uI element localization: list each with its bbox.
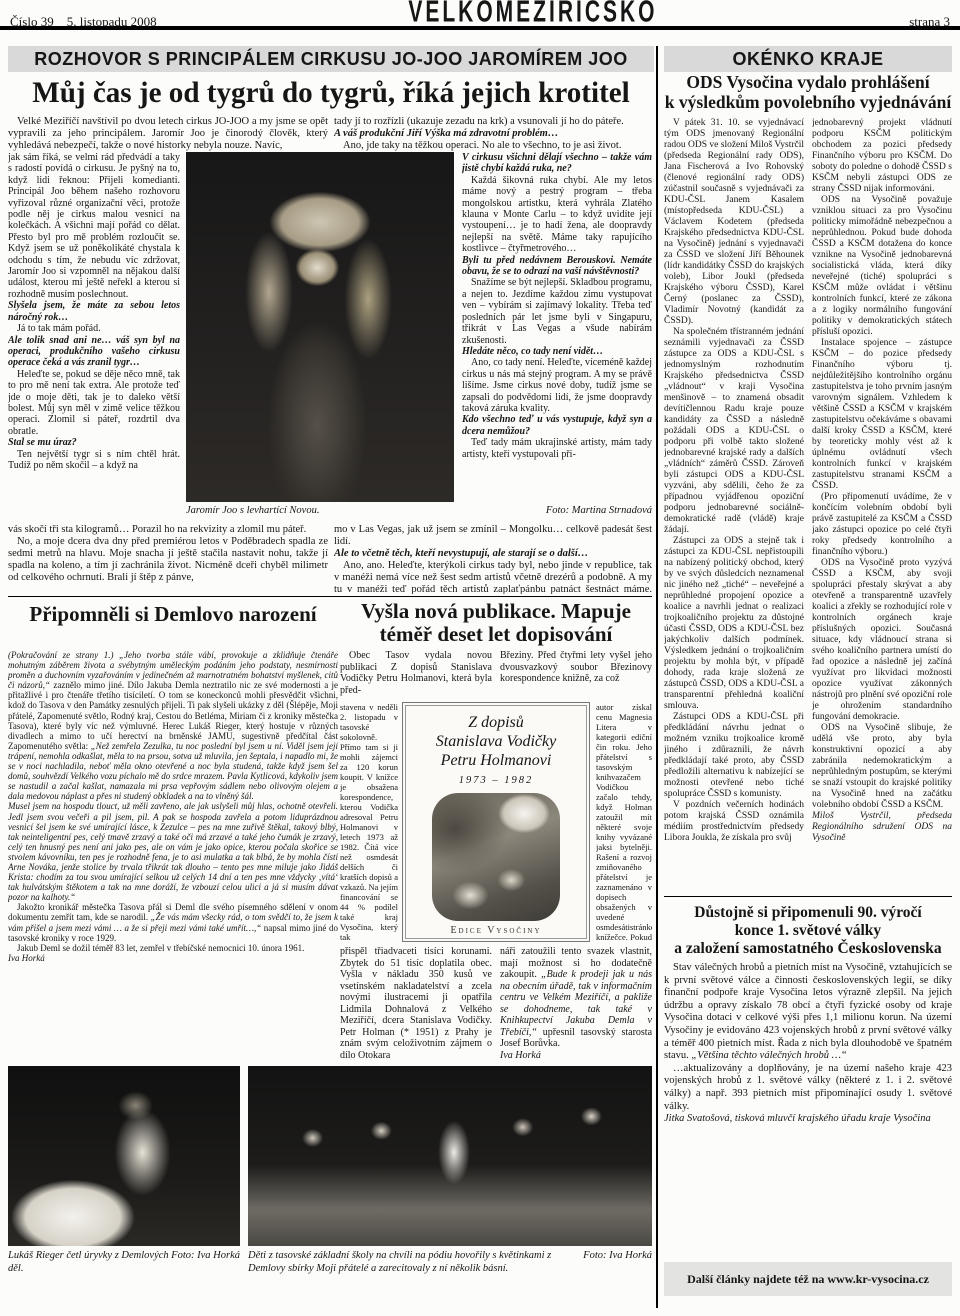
book-cover-illustration <box>432 793 560 921</box>
okenko-kicker-bar: OKÉNKO KRAJE <box>664 46 952 72</box>
book-title-line3: Petru Holmanovi <box>411 751 581 770</box>
rieger-photo-credit: Foto: Iva Horká <box>171 1250 240 1263</box>
okenko-rule <box>664 896 952 897</box>
kids-photo-credit: Foto: Iva Horká <box>583 1250 652 1263</box>
rieger-caption-text: Lukáš Rieger četl úryvky z Demlových děl… <box>8 1250 169 1274</box>
vertical-divider <box>656 46 658 1308</box>
interview-kicker-bar: ROZHOVOR S PRINCIPÁLEM CIRKUSU JO-JOO JA… <box>8 46 654 72</box>
publication-text: stavena v neděli 2. listopadu v tasovské… <box>340 702 398 942</box>
rieger-caption: Foto: Iva Horká Lukáš Rieger četl úryvky… <box>8 1250 240 1275</box>
interview-below-left: vás skočí tři sta kilogramů… Porazil ho … <box>8 524 328 594</box>
okenko-headline-line1: ODS Vysočina vydalo prohlášení <box>664 72 952 92</box>
kids-caption: Foto: Iva Horká Děti z tasovské základní… <box>248 1250 652 1275</box>
publication-headline-line2: téměř deset let dopisování <box>340 623 652 646</box>
okenko-headline: ODS Vysočina vydalo prohlášení k výsledk… <box>664 72 952 112</box>
interview-photo-caption-row: Jaromír Joo s levhartící Novou. Foto: Ma… <box>186 505 652 516</box>
rieger-photo <box>8 1066 240 1246</box>
deml-article-text: (Pokračování ze strany 1.) „Jeho tvorba … <box>8 650 338 1052</box>
more-articles-note: Další články najdete též na www.kr-vysoc… <box>664 1262 952 1296</box>
anniversary-headline-line1: Důstojně si připomenuli 90. výročí <box>664 904 952 922</box>
anniversary-text: Stav válečných hrobů a pietních míst na … <box>664 962 952 1254</box>
publication-text: přispěl třiadvaceti tisíci korunami. Zby… <box>340 946 492 1060</box>
book-cover: Z dopisů Stanislava Vodičky Petru Holman… <box>402 702 590 942</box>
interview-left-column: jak sám říká, se velmi rád předvádí a ta… <box>8 152 180 524</box>
publication-col-left-bottom: přispěl třiadvaceti tisíci korunami. Zby… <box>340 946 492 1060</box>
interview-intro-left: Velké Meziříčí navštívil po dvou letech … <box>8 116 328 154</box>
newspaper-page: Číslo 39 5. listopadu 2008 VELKOMEZIŘÍČS… <box>0 0 960 1316</box>
anniversary-headline-line2: konce 1. světové války <box>664 922 952 940</box>
book-title-line2: Stanislava Vodičky <box>411 732 581 751</box>
publication-col-right-top: Březiny. Před čtyřmi lety vyšel jeho dvo… <box>500 650 652 700</box>
publication-text: Březiny. Před čtyřmi lety vyšel jeho dvo… <box>500 650 652 685</box>
anniversary-headline-line3: a založení samostatného Československa <box>664 940 952 958</box>
okenko-column-a: V pátek 31. 10. se vyjednávací tým ODS j… <box>664 118 804 892</box>
publication-headline: Vyšla nová publikace. Mapuje téměř deset… <box>340 600 652 646</box>
section-rule <box>8 596 652 597</box>
interview-intro-right: tady jí to rozřízli (ukazuje zezadu na k… <box>334 116 652 154</box>
interview-below-right: mo v Las Vegas, jak už jsem se zmínil – … <box>334 524 652 594</box>
header-rule <box>0 26 960 30</box>
interview-headline: Můj čas je od tygrů do tygrů, říká jejic… <box>18 76 645 110</box>
publication-col-right-bottom: náři zatoužili tento svazek vlastnit, ma… <box>500 946 652 1060</box>
book-title-line1: Z dopisů <box>411 713 581 732</box>
book-edition-label: Edice Vysočiny <box>411 925 581 936</box>
kids-photo <box>248 1066 652 1246</box>
anniversary-headline: Důstojně si připomenuli 90. výročí konce… <box>664 904 952 958</box>
interview-photo-credit: Foto: Martina Strnadová <box>546 505 652 516</box>
okenko-headline-line2: k výsledkům povolebního vyjednávání <box>664 92 952 112</box>
deml-headline: Připomněli si Demlovo narození <box>8 602 338 627</box>
publication-sliver-left: stavena v neděli 2. listopadu v tasovské… <box>340 702 398 942</box>
publication-col-left-top: Obec Tasov vydala novou publikaci Z dopi… <box>340 650 492 700</box>
publication-text: autor získal cenu Magnesia Litera v kate… <box>596 702 652 942</box>
publication-text: Obec Tasov vydala novou publikaci Z dopi… <box>340 650 492 696</box>
book-years: 1973 – 1982 <box>411 775 581 786</box>
interview-photo <box>186 152 454 502</box>
interview-photo-caption: Jaromír Joo s levhartící Novou. <box>186 505 319 516</box>
okenko-column-b: jednobarevný projekt vládnutí podporu KS… <box>812 118 952 892</box>
interview-right-column: V cirkusu všichni dělají všechno – takže… <box>462 152 652 524</box>
publication-headline-line1: Vyšla nová publikace. Mapuje <box>340 600 652 623</box>
publication-sliver-right: autor získal cenu Magnesia Litera v kate… <box>596 702 652 942</box>
kids-caption-text: Děti z tasovské základní školy na chvíli… <box>248 1250 551 1274</box>
